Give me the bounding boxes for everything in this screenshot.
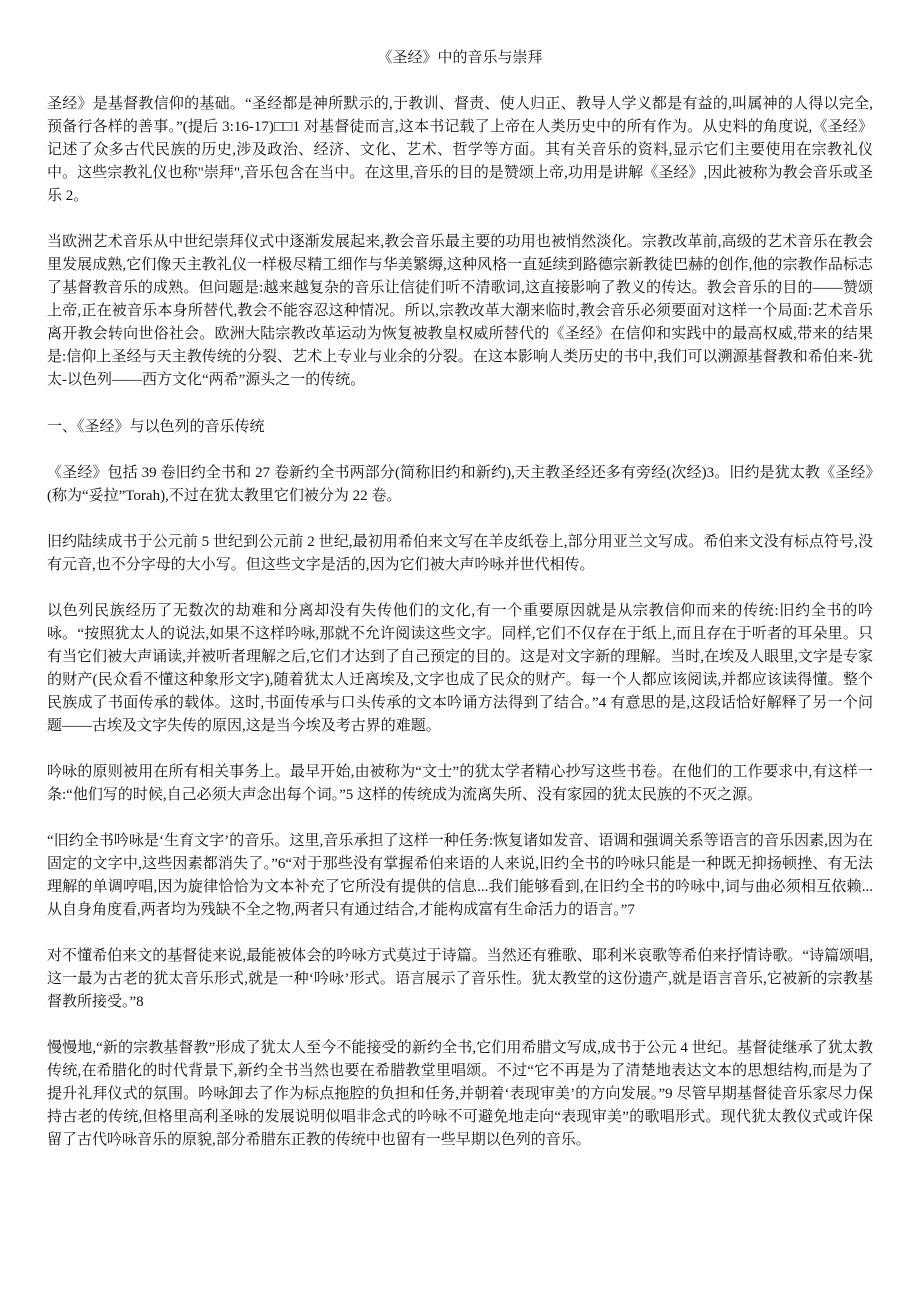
section1-paragraph-1: 《圣经》包括 39 卷旧约全书和 27 卷新约全书两部分(简称旧约和新约),天主… <box>47 462 873 508</box>
section-heading-1: 一、《圣经》与以色列的音乐传统 <box>47 416 873 439</box>
intro-paragraph-1: 圣经》是基督教信仰的基础。“圣经都是神所默示的,于教训、督责、使人归正、教导人学… <box>47 93 873 208</box>
section1-paragraph-6: 对不懂希伯来文的基督徒来说,最能被体会的吟咏方式莫过于诗篇。当然还有雅歌、耶利米… <box>47 945 873 1014</box>
document-page: 《圣经》中的音乐与崇拜 圣经》是基督教信仰的基础。“圣经都是神所默示的,于教训、… <box>0 0 920 1302</box>
section1-paragraph-7: 慢慢地,“新的宗教基督教”形成了犹太人至今不能接受的新约全书,它们用希腊文写成,… <box>47 1037 873 1152</box>
section1-paragraph-3: 以色列民族经历了无数次的劫难和分离却没有失传他们的文化,有一个重要原因就是从宗教… <box>47 600 873 738</box>
section1-paragraph-2: 旧约陆续成书于公元前 5 世纪到公元前 2 世纪,最初用希伯来文写在羊皮纸卷上,… <box>47 531 873 577</box>
document-title: 《圣经》中的音乐与崇拜 <box>47 47 873 70</box>
section1-paragraph-5: “旧约全书吟咏是‘生育文字’的音乐。这里,音乐承担了这样一种任务:恢复诸如发音、… <box>47 830 873 922</box>
section1-paragraph-4: 吟咏的原则被用在所有相关事务上。最早开始,由被称为“文士”的犹太学者精心抄写这些… <box>47 761 873 807</box>
intro-paragraph-2: 当欧洲艺术音乐从中世纪崇拜仪式中逐渐发展起来,教会音乐最主要的功用也被悄然淡化。… <box>47 231 873 392</box>
